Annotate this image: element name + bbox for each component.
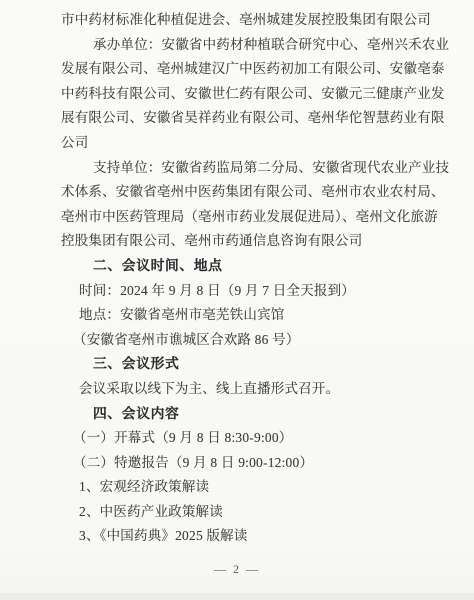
doc-line: 市中药材标准化种植促进会、亳州城建发展控股集团有限公司 <box>61 8 421 33</box>
section-heading-2-time-place: 二、会议时间、地点 <box>93 254 421 279</box>
doc-line-meeting-time: 时间：2024 年 9 月 8 日（9 月 7 日全天报到） <box>79 279 421 304</box>
doc-line: 术体系、安徽省亳州中医药集团有限公司、亳州市农业农村局、 <box>61 180 421 205</box>
document-body: 市中药材标准化种植促进会、亳州城建发展控股集团有限公司 承办单位：安徽省中药材种… <box>61 8 421 549</box>
doc-line-opening-ceremony: （一）开幕式（9 月 8 日 8:30-9:00） <box>73 426 421 451</box>
doc-line-format: 会议采取以线下为主、线上直播形式召开。 <box>79 377 421 402</box>
scanned-document-page: 市中药材标准化种植促进会、亳州城建发展控股集团有限公司 承办单位：安徽省中药材种… <box>0 0 474 600</box>
doc-line-address: （安徽省亳州市谯城区合欢路 86 号） <box>73 328 421 353</box>
doc-line: 公司 <box>61 131 421 156</box>
doc-line: 亳州市中医药管理局（亳州市药业发展促进局）、亳州文化旅游 <box>61 205 421 230</box>
doc-line: 发展有限公司、亳州城建汉广中医药初加工有限公司、安徽亳泰 <box>61 57 421 82</box>
doc-line: 展有限公司、安徽省昊祥药业有限公司、亳州华佗智慧药业有限 <box>61 106 421 131</box>
doc-line-organizer-label: 承办单位：安徽省中药材种植联合研究中心、亳州兴禾农业 <box>93 33 421 58</box>
doc-line-invited-reports: （二）特邀报告（9 月 8 日 9:00-12:00） <box>73 451 421 476</box>
scan-bottom-edge <box>0 593 474 600</box>
doc-line-report-2: 2、中医药产业政策解读 <box>79 500 421 525</box>
doc-line: 控股集团有限公司、亳州市药通信息咨询有限公司 <box>61 229 421 254</box>
doc-line: 中药科技有限公司、安徽世仁药有限公司、安徽元三健康产业发 <box>61 82 421 107</box>
page-number: — 2 — <box>0 562 474 577</box>
doc-line-meeting-place: 地点：安徽省亳州市亳芜铁山宾馆 <box>79 303 421 328</box>
section-heading-4-content: 四、会议内容 <box>93 402 421 427</box>
doc-line-report-1: 1、宏观经济政策解读 <box>79 475 421 500</box>
section-heading-3-format: 三、会议形式 <box>93 352 421 377</box>
doc-line-report-3: 3、《中国药典》2025 版解读 <box>79 524 421 549</box>
doc-line-supporter-label: 支持单位：安徽省药监局第二分局、安徽省现代农业产业技 <box>93 156 421 181</box>
